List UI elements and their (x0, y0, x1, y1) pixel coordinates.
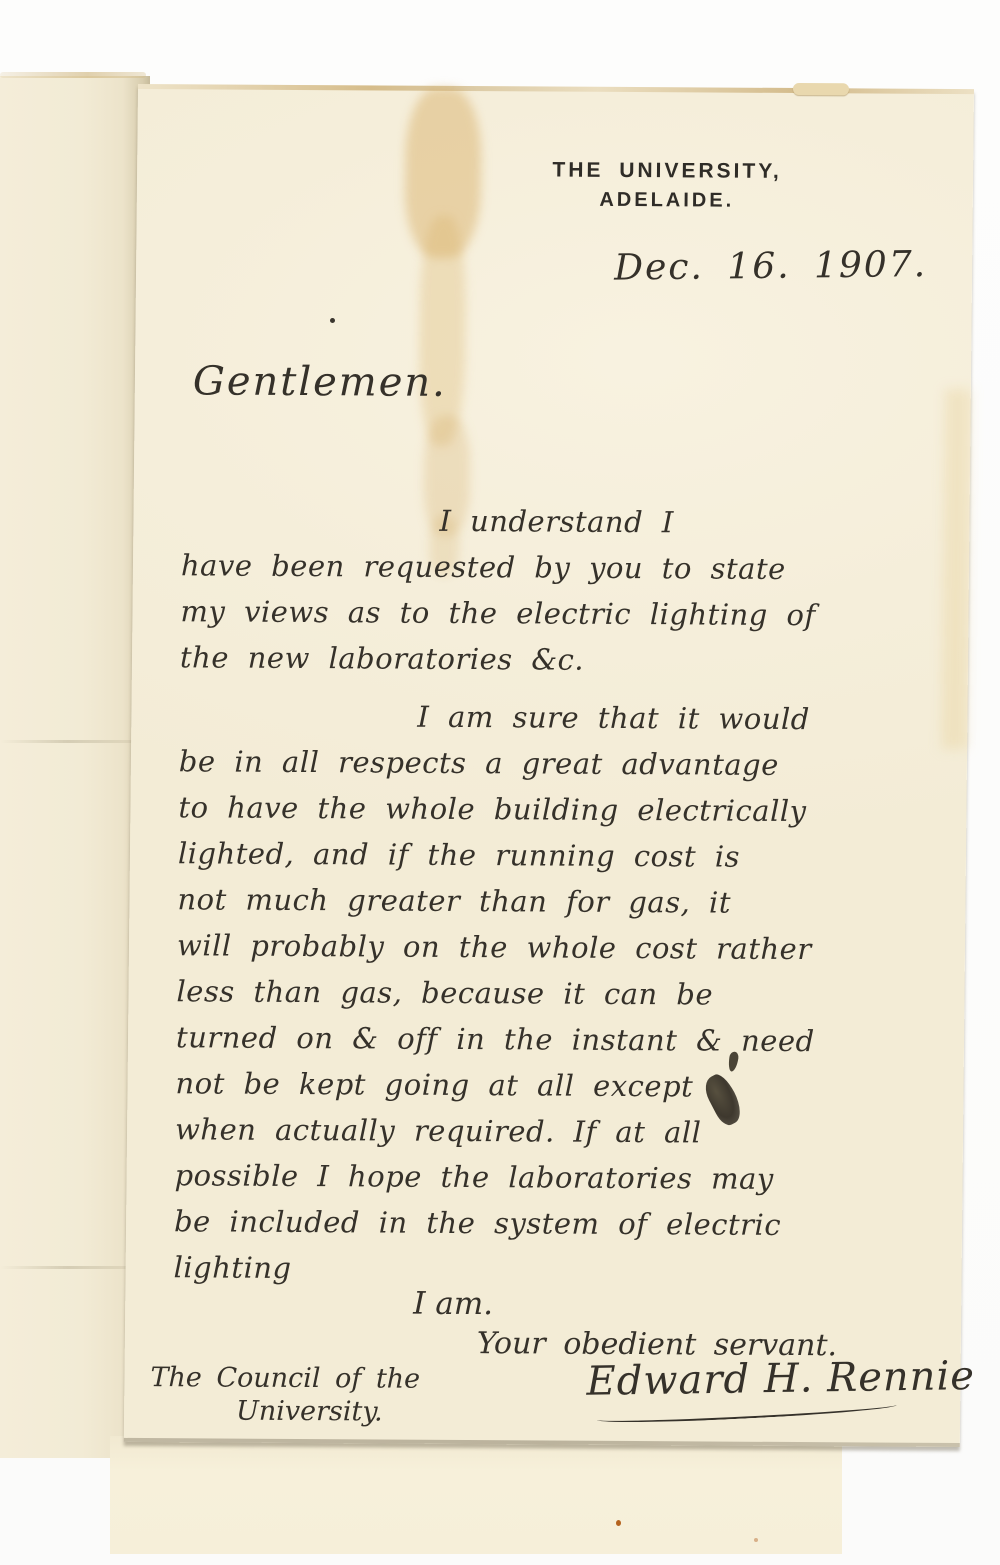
body-line: not much greater than for gas, it (177, 876, 947, 927)
top-edge-tear (793, 83, 849, 95)
letter-body: I understand I have been requested by yo… (173, 496, 951, 1295)
date-line: Dec. 16. 1907. (614, 244, 927, 289)
body-line: lighted, and if the running cost is (178, 830, 948, 881)
body-line: be in all respects a great advantage (179, 738, 949, 789)
addressee-line1: The Council of the (150, 1362, 420, 1395)
letterhead-adelaide: ADELAIDE. (517, 188, 817, 213)
body-line: not be kept going at all except (175, 1060, 945, 1111)
signature-edward-h-rennie: Edward H. Rennie (586, 1353, 975, 1405)
scanned-letter-page: THE UNIVERSITY, ADELAIDE. Dec. 16. 1907.… (124, 84, 974, 1447)
body-line: be included in the system of electric (174, 1198, 944, 1249)
addressee-note: The Council of the University. (150, 1362, 420, 1428)
salutation: Gentlemen. (193, 358, 447, 406)
folded-back-page-bottom (110, 1436, 842, 1554)
body-line: lighting (173, 1244, 943, 1295)
body-line: have been requested by you to state (181, 542, 951, 593)
body-line: I understand I (181, 496, 951, 547)
body-line: when actually required. If at all (175, 1106, 945, 1157)
body-line: my views as to the electric lighting of (180, 588, 950, 639)
body-line: I am sure that it would (179, 692, 949, 743)
body-line: less than gas, because it can be (176, 968, 946, 1019)
foxing-speck (616, 1520, 621, 1526)
fold-crease (0, 740, 150, 743)
body-line: possible I hope the laboratories may (174, 1152, 944, 1203)
stain-mark (418, 216, 466, 446)
body-line: the new laboratories &c. (180, 634, 950, 685)
closing-i-am: I am. (413, 1286, 493, 1322)
printed-letterhead: THE UNIVERSITY, ADELAIDE. (517, 158, 818, 213)
body-line: will probably on the whole cost rather (177, 922, 947, 973)
signature-text: Edward H. Rennie (586, 1353, 975, 1405)
addressee-line2: University. (150, 1395, 420, 1428)
ink-speck (330, 318, 335, 323)
foxing-speck (754, 1538, 758, 1542)
letterhead-university: THE UNIVERSITY, (517, 158, 817, 184)
body-line: to have the whole building electrically (178, 784, 948, 835)
body-line: turned on & off in the instant & need (176, 1014, 946, 1065)
